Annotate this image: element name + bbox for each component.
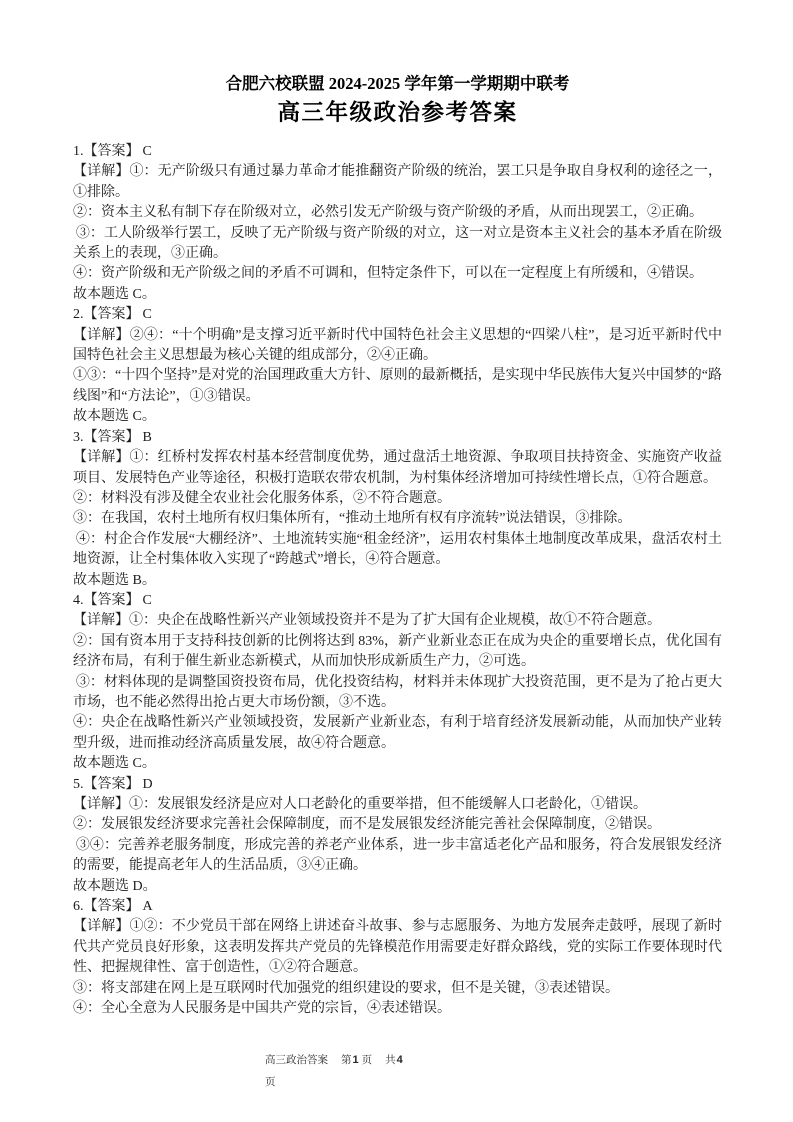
answer-block: 1.【答案】C 【详解】①：无产阶级只有通过暴力革命才能推翻资产阶级的统治，罢工… bbox=[73, 142, 722, 305]
answer-label: 【答案】 bbox=[84, 307, 140, 322]
explanation-paragraph: 故本题选 B。 bbox=[73, 571, 722, 591]
answer-letter: D bbox=[143, 777, 153, 792]
explanation-paragraph: 故本题选 D。 bbox=[73, 877, 722, 897]
answer-label: 【答案】 bbox=[84, 593, 140, 608]
answer-letter: C bbox=[143, 144, 152, 159]
footer-total-group: 共4 bbox=[385, 1055, 406, 1066]
footer-doc-name: 高三政治答案 bbox=[265, 1055, 328, 1066]
explanation-paragraph: 【详解】②④：“十个明确”是支撑习近平新时代中国特色社会主义思想的“四梁八柱”，… bbox=[73, 326, 722, 367]
explanation-paragraph: ④：村企合作发展“大棚经济”、土地流转实施“租金经济”，运用农村集体土地制度改革… bbox=[73, 530, 722, 571]
answer-label: 【答案】 bbox=[84, 899, 140, 914]
explanation-paragraph: 【详解】①②：不少党员干部在网络上讲述奋斗故事、参与志愿服务、为地方发展奔走鼓呼… bbox=[73, 917, 722, 978]
explanation-paragraph: 【详解】①：央企在战略性新兴产业领域投资并不是为了扩大国有企业规模，故①不符合题… bbox=[73, 611, 722, 631]
explanation-paragraph: ③：将支部建在网上是互联网时代加强党的组织建设的要求，但不是关键，③表述错误。 bbox=[73, 979, 722, 999]
answer-letter: C bbox=[143, 307, 152, 322]
footer-total-number: 4 bbox=[397, 1054, 403, 1066]
explanation-paragraph: ④：资产阶级和无产阶级之间的矛盾不可调和，但特定条件下，可以在一定程度上有所缓和… bbox=[73, 264, 722, 284]
explanation-paragraph: ③：工人阶级举行罢工，反映了无产阶级与资产阶级的对立，这一对立是资本主义社会的基… bbox=[73, 224, 722, 265]
explanation-paragraph: 【详解】①：发展银发经济是应对人口老龄化的重要举措，但不能缓解人口老龄化，①错误… bbox=[73, 795, 722, 815]
explanation-paragraph: ③：在我国，农村土地所有权归集体所有，“推动土地所有权有序流转”说法错误，③排除… bbox=[73, 509, 722, 529]
answer-letter: A bbox=[143, 899, 153, 914]
explanation-paragraph: ①③：“十四个坚持”是对党的治国理政重大方针、原则的最新概括，是实现中华民族伟大… bbox=[73, 366, 722, 407]
footer-line-1: 高三政治答案第1页共4 bbox=[265, 1049, 722, 1072]
answer-head-line: 1.【答案】C bbox=[73, 142, 722, 162]
answer-head-line: 3.【答案】B bbox=[73, 428, 722, 448]
footer-page-word: 页 bbox=[362, 1055, 373, 1066]
explanation-paragraph: ②：材料没有涉及健全农业社会化服务体系，②不符合题意。 bbox=[73, 489, 722, 509]
explanation-paragraph: ②：国有资本用于支持科技创新的比例将达到 83%，新产业新业态正在成为央企的重要… bbox=[73, 632, 722, 673]
explanation-paragraph: ④：央企在战略性新兴产业领域投资，发展新产业新业态，有利于培育经济发展新动能，从… bbox=[73, 713, 722, 754]
answer-block: 4.【答案】C 【详解】①：央企在战略性新兴产业领域投资并不是为了扩大国有企业规… bbox=[73, 591, 722, 775]
answer-block: 3.【答案】B 【详解】①：红桥村发挥农村基本经营制度优势，通过盘活土地资源、争… bbox=[73, 428, 722, 591]
explanation-paragraph: ③④：完善养老服务制度，形成完善的养老产业体系，进一步丰富适老化产品和服务，符合… bbox=[73, 836, 722, 877]
question-number: 2. bbox=[73, 307, 84, 322]
explanation-paragraph: 故本题选 C。 bbox=[73, 754, 722, 774]
answer-head-line: 6.【答案】A bbox=[73, 897, 722, 917]
footer-line-2: 页 bbox=[265, 1072, 722, 1094]
page-footer: 高三政治答案第1页共4 页 bbox=[265, 1049, 722, 1094]
explanation-paragraph: ③：材料体现的是调整国资投资布局，优化投资结构，材料并未体现扩大投资范围，更不是… bbox=[73, 673, 722, 714]
explanation-paragraph: ②：资本主义私有制下存在阶级对立，必然引发无产阶级与资产阶级的矛盾，从而出现罢工… bbox=[73, 203, 722, 223]
answer-letter: B bbox=[143, 430, 152, 445]
answer-label: 【答案】 bbox=[84, 430, 140, 445]
explanation-paragraph: ②：发展银发经济要求完善社会保障制度，而不是发展银发经济能完善社会保障制度，②错… bbox=[73, 815, 722, 835]
answers-list: 1.【答案】C 【详解】①：无产阶级只有通过暴力革命才能推翻资产阶级的统治，罢工… bbox=[73, 142, 722, 1019]
question-number: 6. bbox=[73, 899, 84, 914]
explanation-paragraph: 故本题选 C。 bbox=[73, 285, 722, 305]
answer-head-line: 4.【答案】C bbox=[73, 591, 722, 611]
explanation-paragraph: 【详解】①：无产阶级只有通过暴力革命才能推翻资产阶级的统治，罢工只是争取自身权利… bbox=[73, 162, 722, 203]
document-subtitle: 高三年级政治参考答案 bbox=[73, 99, 722, 127]
answer-label: 【答案】 bbox=[84, 777, 140, 792]
answer-head-line: 2.【答案】C bbox=[73, 305, 722, 325]
document-title: 合肥六校联盟 2024-2025 学年第一学期期中联考 bbox=[73, 74, 722, 94]
question-number: 4. bbox=[73, 593, 84, 608]
answer-block: 6.【答案】A 【详解】①②：不少党员干部在网络上讲述奋斗故事、参与志愿服务、为… bbox=[73, 897, 722, 1019]
answer-block: 5.【答案】D 【详解】①：发展银发经济是应对人口老龄化的重要举措，但不能缓解人… bbox=[73, 775, 722, 897]
answer-block: 2.【答案】C 【详解】②④：“十个明确”是支撑习近平新时代中国特色社会主义思想… bbox=[73, 305, 722, 427]
footer-overflow-word: 页 bbox=[265, 1077, 276, 1088]
footer-total-prefix: 共 bbox=[385, 1055, 396, 1066]
answer-head-line: 5.【答案】D bbox=[73, 775, 722, 795]
answer-label: 【答案】 bbox=[84, 144, 140, 159]
footer-page-prefix: 第 bbox=[341, 1055, 352, 1066]
footer-page-group: 第1页 bbox=[341, 1055, 372, 1066]
explanation-paragraph: 故本题选 C。 bbox=[73, 407, 722, 427]
answer-letter: C bbox=[143, 593, 152, 608]
explanation-paragraph: 【详解】①：红桥村发挥农村基本经营制度优势，通过盘活土地资源、争取项目扶持资金、… bbox=[73, 448, 722, 489]
question-number: 1. bbox=[73, 144, 84, 159]
document-page: 合肥六校联盟 2024-2025 学年第一学期期中联考 高三年级政治参考答案 1… bbox=[0, 0, 793, 1122]
question-number: 5. bbox=[73, 777, 84, 792]
footer-page-number: 1 bbox=[353, 1054, 359, 1066]
explanation-paragraph: ④：全心全意为人民服务是中国共产党的宗旨，④表述错误。 bbox=[73, 999, 722, 1019]
question-number: 3. bbox=[73, 430, 84, 445]
